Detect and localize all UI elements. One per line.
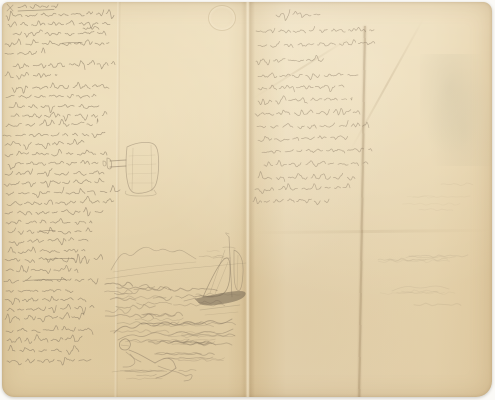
right-page-crease <box>358 26 366 397</box>
stain-smudge <box>420 54 492 166</box>
embossed-stamp-mark <box>208 5 236 31</box>
paper-sheet <box>2 2 492 397</box>
horizontal-crease <box>252 229 492 235</box>
left-page-crease <box>115 2 121 397</box>
center-fold-crease <box>241 2 255 397</box>
diagonal-crease-2 <box>251 36 352 100</box>
scanned-manuscript <box>0 0 495 400</box>
diagonal-crease-1 <box>349 18 424 152</box>
